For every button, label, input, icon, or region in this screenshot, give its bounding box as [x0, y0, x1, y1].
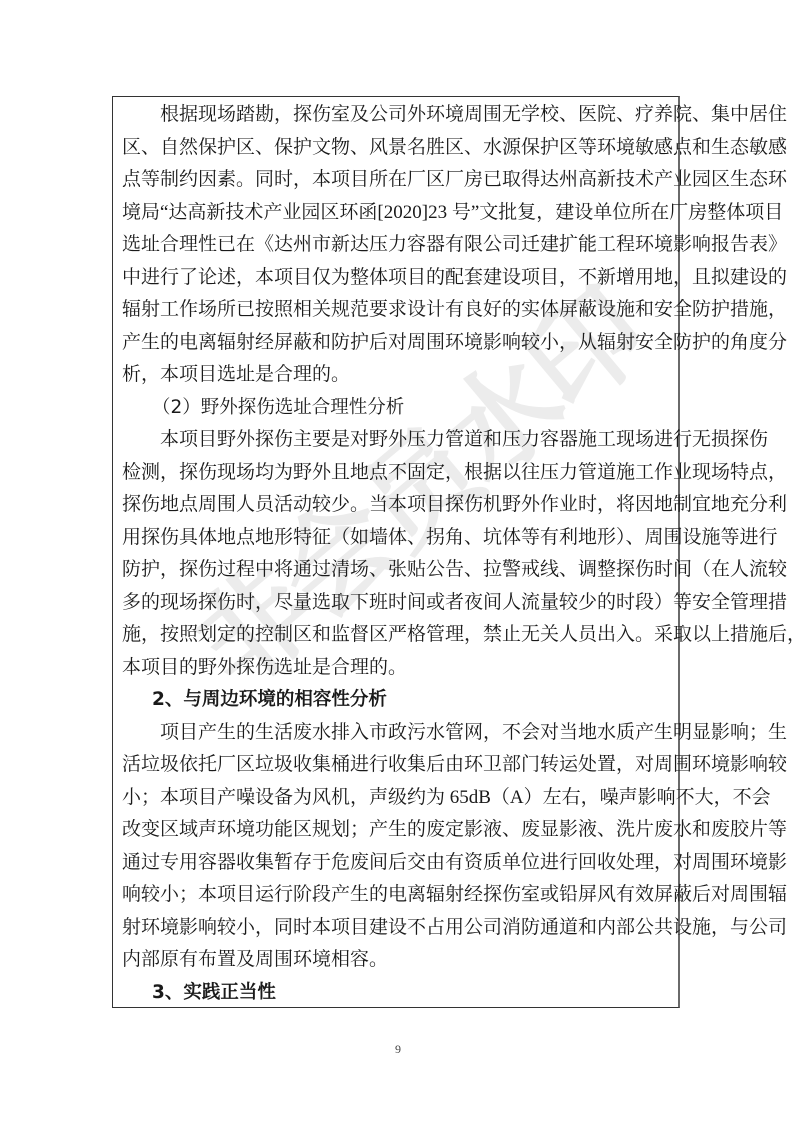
paragraph-line: 检测，探伤现场均为野外且地点不固定，根据以往压力管道施工作业现场特点， — [122, 457, 672, 490]
paragraph-line: 点等制约因素。同时，本项目所在厂区厂房已取得达州高新技术产业园区生态环 — [122, 164, 672, 197]
paragraph-line: 境局“达高新技术产业园区环函[2020]23 号”文批复，建设单位所在厂房整体项… — [122, 197, 672, 230]
paragraph-line: 辐射工作场所已按照相关规范要求设计有良好的实体屏蔽设施和安全防护措施， — [122, 294, 672, 327]
paragraph-line: 活垃圾依托厂区垃圾收集桶进行收集后由环卫部门转运处置，对周围环境影响较 — [122, 749, 672, 782]
paragraph-line: 防护，探伤过程中将通过清场、张贴公告、拉警戒线、调整探伤时间（在人流较 — [122, 554, 672, 587]
paragraph-line: 中进行了论述，本项目仅为整体项目的配套建设项目，不新增用地，且拟建设的 — [122, 262, 672, 295]
paragraph-line: 区、自然保护区、保护文物、风景名胜区、水源保护区等环境敏感点和生态敏感 — [122, 132, 672, 165]
paragraph-line: 响较小；本项目运行阶段产生的电离辐射经探伤室或铅屏风有效屏蔽后对周围辐 — [122, 879, 672, 912]
paragraph-line: 本项目野外探伤主要是对野外压力管道和压力容器施工现场进行无损探伤 — [122, 424, 672, 457]
paragraph-line: 改变区域声环境功能区规划；产生的废定影液、废显影液、洗片废水和废胶片等 — [122, 814, 672, 847]
paragraph-line: 小；本项目产噪设备为风机，声级约为 65dB（A）左右，噪声影响不大，不会 — [122, 782, 672, 815]
body-text: 根据现场踏勘，探伤室及公司外环境周围无学校、医院、疗养院、集中居住 区、自然保护… — [122, 99, 672, 1009]
paragraph-line: 内部原有布置及周围环境相容。 — [122, 944, 672, 977]
paragraph-line: 射环境影响较小，同时本项目建设不占用公司消防通道和内部公共设施，与公司 — [122, 912, 672, 945]
document-page: 非会员水印 根据现场踏勘，探伤室及公司外环境周围无学校、医院、疗养院、集中居住 … — [0, 0, 793, 1122]
paragraph-line: 用探伤具体地点地形特征（如墙体、拐角、坑体等有利地形）、周围设施等进行 — [122, 522, 672, 555]
paragraph-line: 产生的电离辐射经屏蔽和防护后对周围环境影响较小，从辐射安全防护的角度分 — [122, 327, 672, 360]
section-heading-2: （2）野外探伤选址合理性分析 — [122, 392, 672, 425]
paragraph-line: 施，按照划定的控制区和监督区严格管理，禁止无关人员出入。采取以上措施后， — [122, 619, 672, 652]
paragraph-line: 探伤地点周围人员活动较少。当本项目探伤机野外作业时，将因地制宜地充分利 — [122, 489, 672, 522]
paragraph-line: 选址合理性已在《达州市新达压力容器有限公司迁建扩能工程环境影响报告表》 — [122, 229, 672, 262]
section-heading-compatibility: 2、与周边环境的相容性分析 — [122, 684, 672, 717]
section-heading-justification: 3、实践正当性 — [122, 977, 672, 1010]
paragraph-line: 通过专用容器收集暂存于危废间后交由有资质单位进行回收处理，对周围环境影 — [122, 847, 672, 880]
paragraph-line: 根据现场踏勘，探伤室及公司外环境周围无学校、医院、疗养院、集中居住 — [122, 99, 672, 132]
paragraph-line: 析，本项目选址是合理的。 — [122, 359, 672, 392]
paragraph-line: 项目产生的生活废水排入市政污水管网，不会对当地水质产生明显影响；生 — [122, 717, 672, 750]
paragraph-line: 多的现场探伤时，尽量选取下班时间或者夜间人流量较少的时段）等安全管理措 — [122, 587, 672, 620]
paragraph-line: 本项目的野外探伤选址是合理的。 — [122, 652, 672, 685]
page-number: 9 — [391, 1042, 405, 1057]
